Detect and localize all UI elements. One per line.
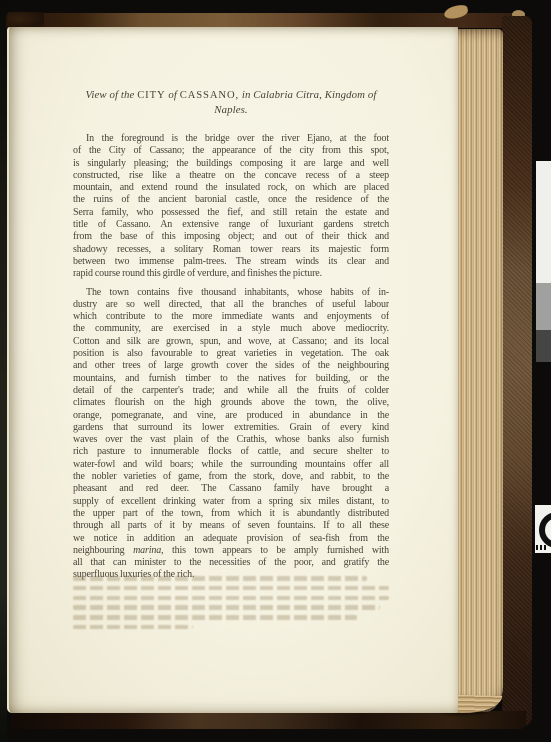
page-title: View of the CITY of CASSANO, in Calabria…: [73, 88, 389, 118]
text-segment: of the City of Cassano; the appearance o…: [73, 145, 389, 156]
text-line: detail of the carpenter's trade; and whi…: [73, 385, 389, 397]
text-segment: water-fowl and wild boars; while the sur…: [73, 459, 389, 470]
calibration-dark-gray-patch: [536, 330, 551, 362]
text-line: we notice in addition an adequate provis…: [73, 533, 389, 545]
text-line: position is also favourable to great var…: [73, 348, 389, 360]
text-segment: the nobler varieties of game, from the s…: [73, 471, 389, 482]
text-segment: Serra family, who possessed the fief, an…: [73, 207, 389, 218]
text-line: orange, pomegranate, and vine, are produ…: [73, 410, 389, 422]
paragraph-2: The town contains five thousand inhabita…: [73, 287, 389, 582]
text-line: The town contains five thousand inhabita…: [73, 287, 389, 299]
text-column: View of the CITY of CASSANO, in Calabria…: [73, 88, 389, 582]
text-segment: between two immense palm-trees. The stre…: [73, 256, 389, 267]
text-line: Cotton and silk are grown, spun, and wov…: [73, 336, 389, 348]
text-line: between two immense palm-trees. The stre…: [73, 256, 389, 268]
show-through-line: [73, 605, 380, 610]
ring-target-icon: [539, 512, 551, 548]
text-line: the upper part of the town, from which i…: [73, 508, 389, 520]
text-segment: of: [166, 89, 180, 101]
show-through-line: [73, 586, 389, 591]
paragraph-1: In the foreground is the bridge over the…: [73, 133, 389, 281]
text-line: through all parts of it by means of seve…: [73, 520, 389, 532]
text-segment: In the foreground is the bridge over the…: [86, 133, 389, 144]
text-segment: , this town appears to be amply furnishe…: [161, 545, 389, 556]
text-line: of the City of Cassano; the appearance o…: [73, 145, 389, 157]
book-cover-right-board: [502, 16, 532, 726]
text-segment: the ruins of the ancient baronial castle…: [73, 194, 389, 205]
text-line: mountain, and extend round the insulated…: [73, 182, 389, 194]
text-line: supply of excellent drinking water from …: [73, 496, 389, 508]
text-segment: View of the: [86, 89, 138, 101]
book-page: View of the CITY of CASSANO, in Calabria…: [7, 27, 458, 713]
show-through-line: [73, 576, 367, 581]
text-line: In the foreground is the bridge over the…: [73, 133, 389, 145]
text-line: the nobler varieties of game, from the s…: [73, 471, 389, 483]
text-segment: detail of the carpenter's trade; and whi…: [73, 385, 389, 396]
text-segment: Cotton and silk are grown, spun, and wov…: [73, 336, 389, 347]
text-line: neighbouring marina, this town appears t…: [73, 545, 389, 557]
text-segment: orange, pomegranate, and vine, are produ…: [73, 410, 389, 421]
text-segment: rich pasture to innumerable flocks of ca…: [73, 446, 389, 457]
text-line: the ruins of the ancient baronial castle…: [73, 194, 389, 206]
text-line: from the base of this imposing object; a…: [73, 231, 389, 243]
text-segment: and other trees of large growth cover th…: [73, 360, 389, 371]
text-segment: title of Cassano. An extensive range of …: [73, 219, 389, 230]
text-segment: Naples.: [214, 104, 247, 116]
text-line: rich pasture to innumerable flocks of ca…: [73, 446, 389, 458]
calibration-white-patch: [536, 161, 551, 283]
text-segment: shadowy recesses, a solitary Roman tower…: [73, 244, 389, 255]
text-segment: rapid course round this girdle of verdur…: [73, 268, 322, 279]
text-line: is singularly pleasing; the buildings co…: [73, 158, 389, 170]
text-segment: the community, are exercised in a style …: [73, 323, 389, 334]
show-through-text: [73, 576, 389, 635]
text-segment: CITY: [137, 90, 165, 101]
text-segment: The town contains five thousand inhabita…: [86, 287, 389, 298]
text-line: dustry are so well directed, that all th…: [73, 299, 389, 311]
book-cover-bottom-edge: [12, 711, 526, 729]
text-segment: CASSANO,: [180, 90, 239, 101]
text-line: Serra family, who possessed the fief, an…: [73, 207, 389, 219]
text-segment: we notice in addition an adequate provis…: [73, 533, 389, 544]
text-segment: waves over the vast plain of the Crathis…: [73, 434, 389, 445]
text-segment: mountain, and extend round the insulated…: [73, 182, 389, 193]
text-line: Naples.: [73, 103, 389, 118]
page-fore-edge-stack: [454, 29, 503, 712]
text-segment: the upper part of the town, from which i…: [73, 508, 389, 519]
text-line: title of Cassano. An extensive range of …: [73, 219, 389, 231]
text-line: rapid course round this girdle of verdur…: [73, 268, 389, 280]
text-line: water-fowl and wild boars; while the sur…: [73, 459, 389, 471]
text-segment: from the base of this imposing object; a…: [73, 231, 389, 242]
text-segment: supply of excellent drinking water from …: [73, 496, 389, 507]
show-through-line: [73, 625, 193, 630]
text-line: all that can minister to the necessities…: [73, 557, 389, 569]
tick-marks-icon: [536, 545, 548, 550]
calibration-gray-patch: [536, 283, 551, 330]
text-line: constructed, rise like a theatre on the …: [73, 170, 389, 182]
text-line: mountains, and furnish timber to the nat…: [73, 373, 389, 385]
text-segment: pheasant and red deer. The Cassano famil…: [73, 483, 389, 494]
text-line: climates flourish on the high grounds ab…: [73, 397, 389, 409]
text-segment: through all parts of it by means of seve…: [73, 520, 389, 531]
calibration-target: [535, 505, 551, 553]
text-segment: marina: [133, 545, 161, 556]
text-line: which contribute to the more immediate w…: [73, 311, 389, 323]
text-line: and other trees of large growth cover th…: [73, 360, 389, 372]
scan-gutter-shadow: [0, 0, 7, 742]
text-line: shadowy recesses, a solitary Roman tower…: [73, 244, 389, 256]
text-segment: in Calabria Citra, Kingdom of: [239, 89, 376, 101]
text-segment: constructed, rise like a theatre on the …: [73, 170, 389, 181]
text-segment: mountains, and furnish timber to the nat…: [73, 373, 389, 384]
text-segment: climates flourish on the high grounds ab…: [73, 397, 389, 408]
text-line: waves over the vast plain of the Crathis…: [73, 434, 389, 446]
text-segment: is singularly pleasing; the buildings co…: [73, 158, 389, 169]
show-through-line: [73, 615, 357, 620]
text-line: View of the CITY of CASSANO, in Calabria…: [73, 88, 389, 103]
show-through-line: [73, 596, 389, 601]
text-segment: position is also favourable to great var…: [73, 348, 389, 359]
text-segment: which contribute to the more immediate w…: [73, 311, 389, 322]
text-line: gardens that surround its lower extremit…: [73, 422, 389, 434]
text-line: pheasant and red deer. The Cassano famil…: [73, 483, 389, 495]
text-segment: dustry are so well directed, that all th…: [73, 299, 389, 310]
text-segment: gardens that surround its lower extremit…: [73, 422, 389, 433]
text-segment: neighbouring: [73, 545, 133, 556]
text-line: the community, are exercised in a style …: [73, 323, 389, 335]
text-segment: all that can minister to the necessities…: [73, 557, 389, 568]
